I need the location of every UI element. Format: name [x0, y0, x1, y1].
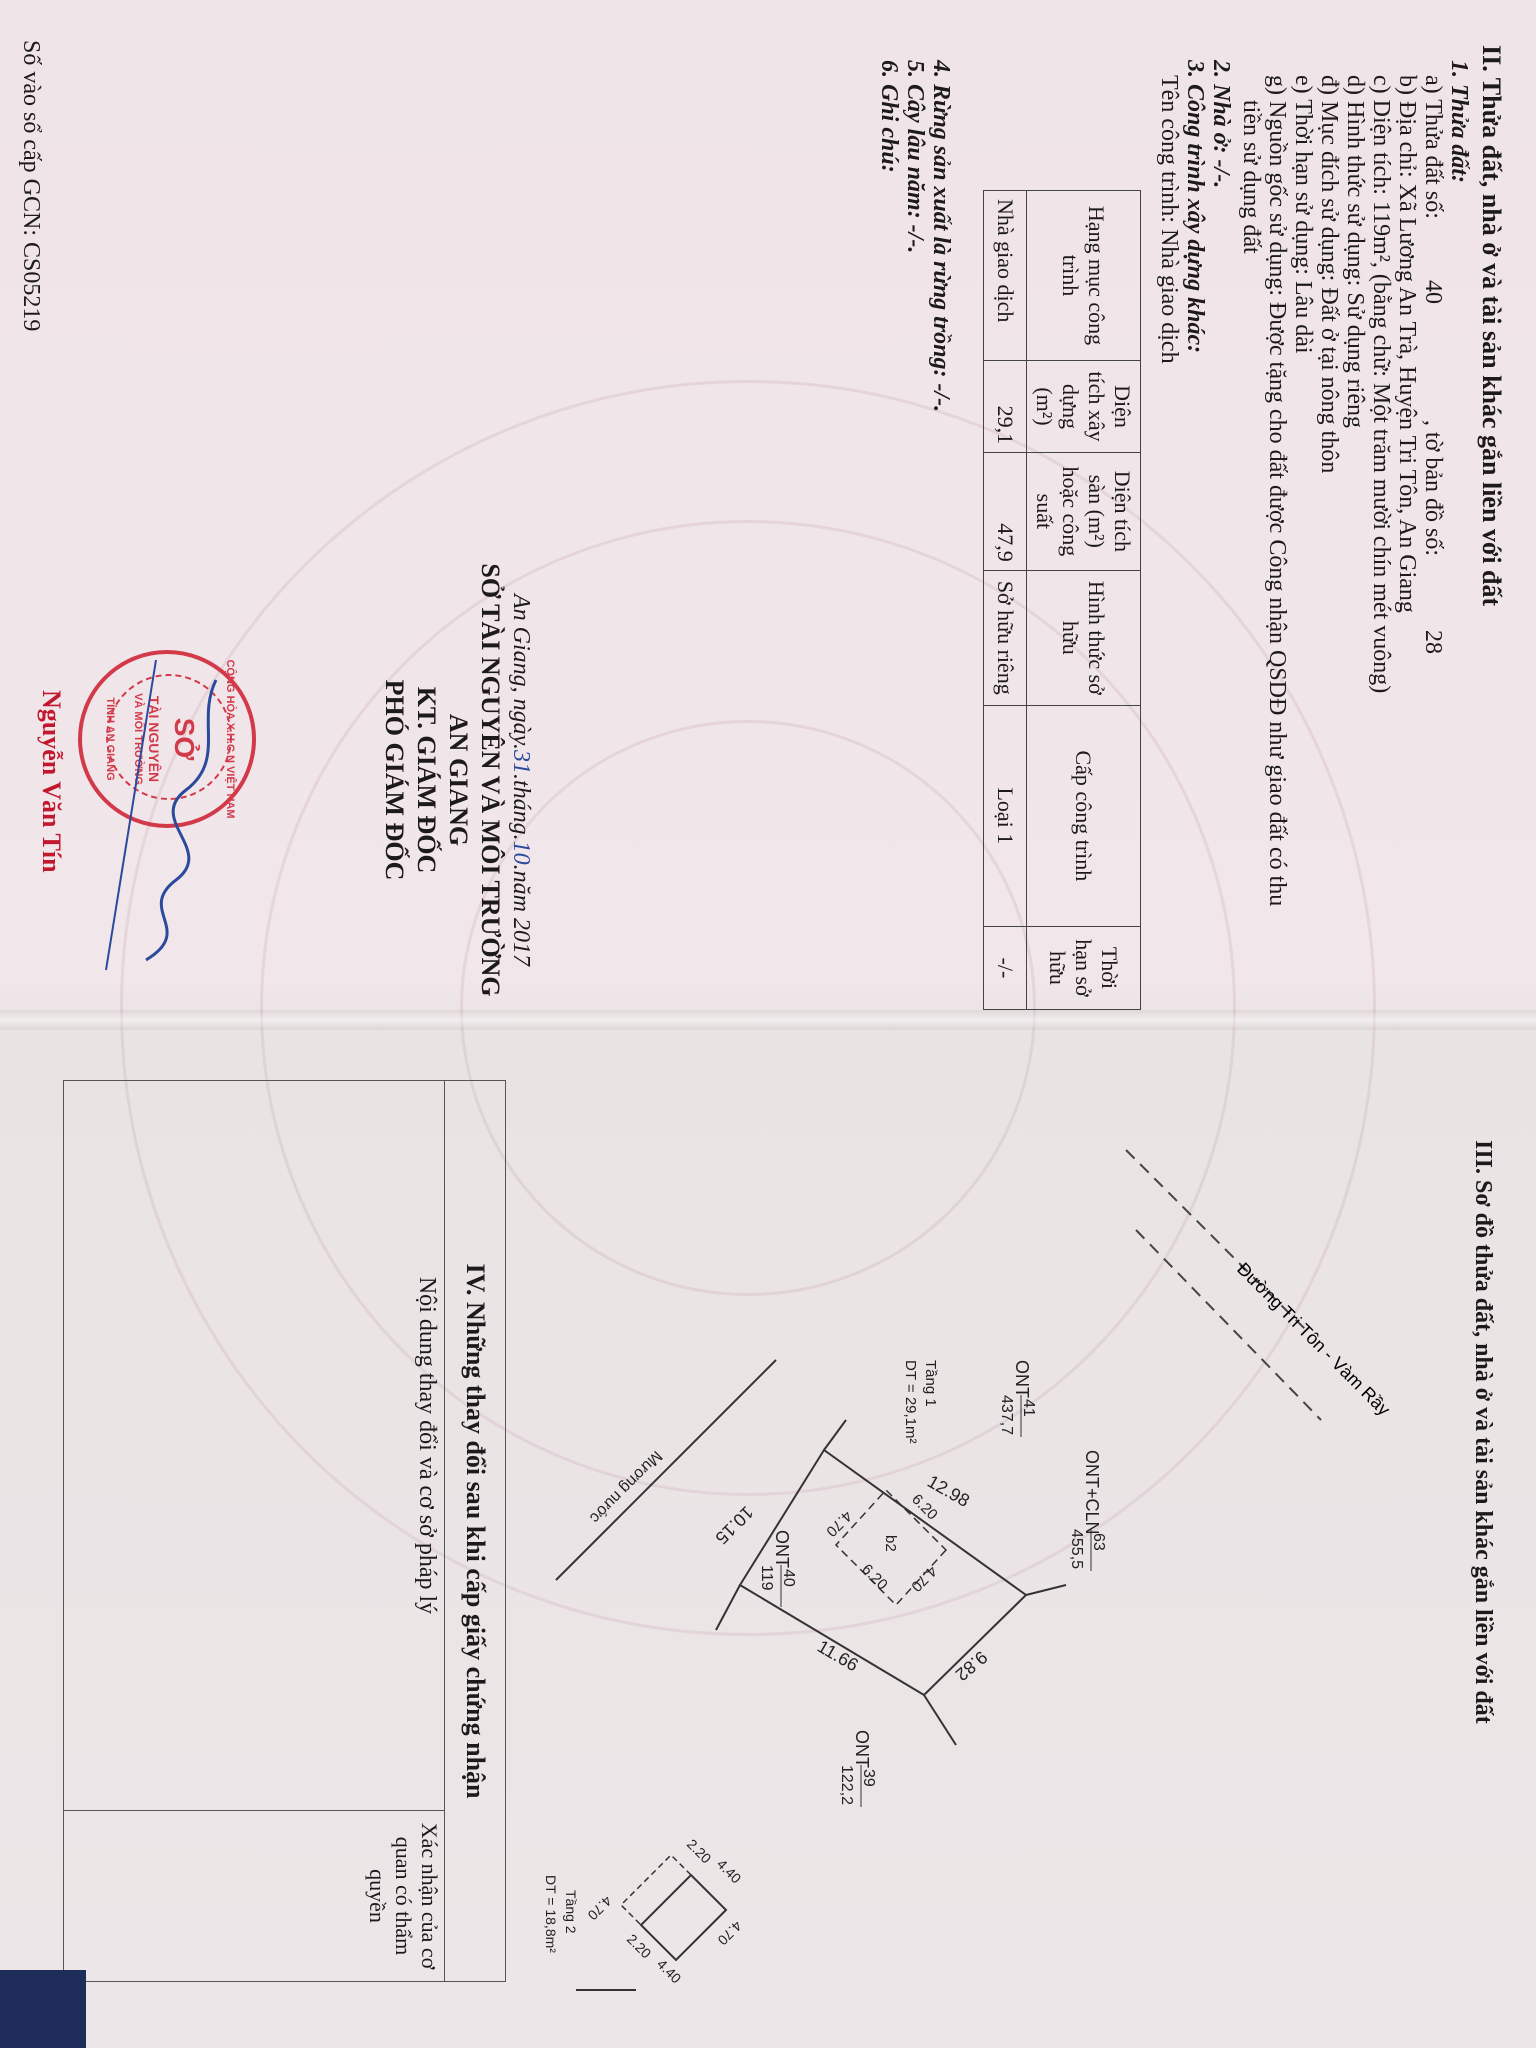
- use-purpose: đ) Mục đích sử dụng: Đất ở tại nông thôn: [1314, 75, 1344, 473]
- svg-text:4.70: 4.70: [714, 1918, 745, 1949]
- signature-scribble: [56, 640, 256, 1000]
- svg-text:122,2: 122,2: [838, 1765, 855, 1805]
- svg-text:Tầng 2: Tầng 2: [563, 1890, 579, 1934]
- registry-number: Số vào sổ cấp GCN: CS05219: [16, 40, 46, 331]
- svg-text:6.20: 6.20: [858, 1561, 891, 1594]
- notes-line: 6. Ghi chú:: [874, 60, 904, 173]
- svg-text:Mương nước: Mương nước: [586, 1447, 665, 1526]
- other-works-heading: 3. Công trình xây dựng khác:: [1180, 60, 1210, 353]
- svg-text:10.15: 10.15: [711, 1502, 757, 1548]
- section-4-title: IV. Những thay đổi sau khi cấp giấy chứn…: [445, 1081, 505, 1981]
- address: b) Địa chỉ: Xã Lương An Trà, Huyện Tri T…: [1392, 75, 1422, 613]
- table-row: Nhà giao dịch 29,1 47,9 Sở hữu riêng Loạ…: [984, 191, 1027, 1010]
- map-sheet-no: 28: [1418, 630, 1448, 654]
- parcel-map: Đường Tri Tôn - Vàm Rầy ONT+CLN63455,5ON…: [536, 1030, 1536, 2030]
- svg-text:437,7: 437,7: [998, 1395, 1015, 1435]
- floor-2-sketch: [641, 1875, 726, 1960]
- svg-text:11.66: 11.66: [814, 1636, 862, 1675]
- svg-text:6.20: 6.20: [908, 1491, 941, 1524]
- svg-text:4.40: 4.40: [714, 1856, 745, 1887]
- date-month: 10: [508, 841, 534, 865]
- forest-line: 4. Rừng sản xuất là rừng trồng: -/-.: [926, 60, 956, 412]
- use-form: d) Hình thức sử dụng: Sử dụng riêng: [1340, 75, 1370, 428]
- col-header: Cấp công trình: [1027, 705, 1141, 926]
- works-table: Hạng mục công trình Diện tích xây dựng (…: [983, 190, 1141, 1010]
- svg-text:119: 119: [758, 1565, 775, 1591]
- svg-text:Tầng 1: Tầng 1: [922, 1360, 939, 1407]
- svg-text:63: 63: [1090, 1533, 1107, 1551]
- svg-text:39: 39: [860, 1769, 877, 1787]
- svg-text:4.70: 4.70: [823, 1507, 856, 1540]
- role-line: PHÓ GIÁM ĐỐC: [378, 560, 410, 1000]
- col-header: Hạng mục công trình: [1027, 191, 1141, 361]
- svg-text:DT = 29,1m²: DT = 29,1m²: [902, 1360, 919, 1444]
- certificate-sheet: II. Thửa đất, nhà ở và tài sản khác gắn …: [0, 0, 1536, 2048]
- svg-text:DT = 18,8m²: DT = 18,8m²: [543, 1875, 559, 1953]
- agency: SỞ TÀI NGUYÊN VÀ MÔI TRƯỜNG AN GIANG: [442, 560, 506, 1000]
- background-edge: [0, 1970, 86, 2048]
- svg-text:455,5: 455,5: [1068, 1529, 1085, 1569]
- col-header: Hình thức sở hữu: [1027, 570, 1141, 705]
- svg-text:4.40: 4.40: [654, 1956, 685, 1987]
- section-2-title: II. Thửa đất, nhà ở và tài sản khác gắn …: [1476, 45, 1506, 606]
- svg-text:ONT: ONT: [772, 1530, 792, 1568]
- use-origin-cont: tiền sử dụng đất: [1236, 100, 1266, 254]
- svg-text:2.20: 2.20: [684, 1836, 715, 1867]
- svg-text:9.82: 9.82: [952, 1647, 992, 1685]
- col-header: Diện tích sàn (m²) hoặc công suất: [1027, 453, 1141, 571]
- changes-col-confirm: Xác nhận của cơ quan có thẩm quyền: [64, 1811, 444, 1981]
- land-heading: 1. Thửa đất:: [1444, 60, 1474, 183]
- signer-name: Nguyễn Văn Tín: [36, 690, 66, 873]
- changes-table: IV. Những thay đổi sau khi cấp giấy chứn…: [63, 1080, 506, 1982]
- svg-text:ONT: ONT: [852, 1730, 872, 1768]
- works-name: Tên công trình: Nhà giao dịch: [1154, 75, 1184, 364]
- book-spine: [0, 1010, 1536, 1030]
- map-sheet-label: , tờ bản đồ số:: [1418, 420, 1448, 556]
- svg-text:4.70: 4.70: [584, 1893, 615, 1924]
- svg-text:ONT+CLN: ONT+CLN: [1082, 1450, 1102, 1535]
- svg-text:41: 41: [1020, 1399, 1037, 1417]
- svg-text:40: 40: [780, 1569, 797, 1587]
- svg-text:b2: b2: [882, 1535, 899, 1552]
- road-label: Đường Tri Tôn - Vàm Rầy: [1233, 1259, 1394, 1420]
- svg-text:ONT: ONT: [1012, 1360, 1032, 1398]
- date-day: 31: [508, 750, 534, 774]
- changes-col-content: Nội dung thay đổi và cơ sở pháp lý: [64, 1081, 444, 1811]
- col-header: Diện tích xây dựng (m²): [1027, 360, 1141, 452]
- area: c) Diện tích: 119m², (bằng chữ: Một trăm…: [1366, 75, 1396, 693]
- left-page: II. Thửa đất, nhà ở và tài sản khác gắn …: [0, 0, 1536, 1010]
- use-term: e) Thời hạn sử dụng: Lâu dài: [1288, 75, 1318, 354]
- parcel-no: 40: [1418, 280, 1448, 304]
- use-origin: g) Nguồn gốc sử dụng: Được tặng cho đất …: [1262, 75, 1292, 906]
- parcel-no-label: a) Thửa đất số:: [1418, 75, 1448, 219]
- house-line: 2. Nhà ở: -/-.: [1206, 60, 1236, 188]
- svg-text:2.20: 2.20: [624, 1931, 655, 1962]
- signature-block: An Giang, ngày.31.tháng.10.năm 2017 SỞ T…: [378, 560, 536, 1000]
- svg-text:4.70: 4.70: [908, 1562, 941, 1595]
- kt-line: KT. GIÁM ĐỐC: [410, 560, 442, 1000]
- col-header: Thời hạn sở hữu: [1027, 926, 1141, 1009]
- perennial-line: 5. Cây lâu năm: -/-.: [900, 60, 930, 253]
